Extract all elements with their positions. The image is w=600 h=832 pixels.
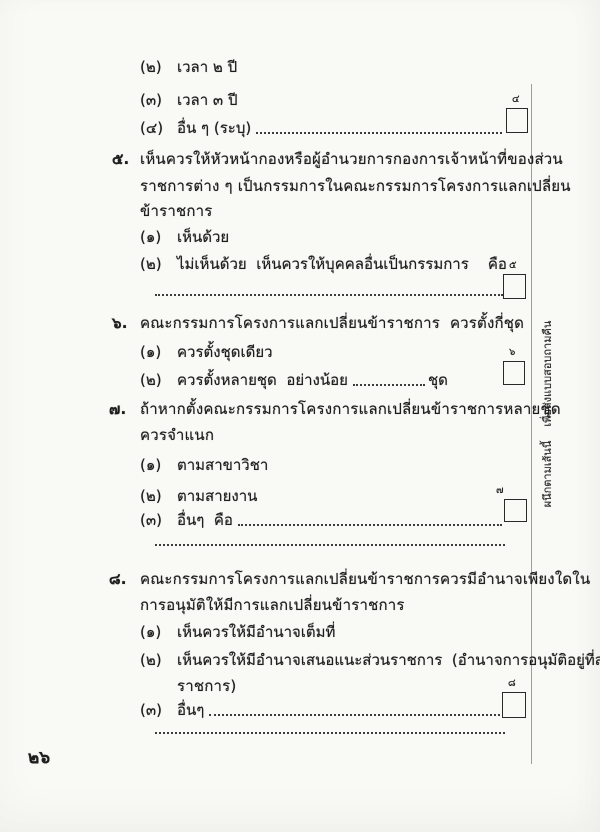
- dotted-fill-line: [209, 714, 500, 716]
- question-text-line: เห็นควรให้หัวหน้ากองหรือผู้อำนวยการกองกา…: [140, 149, 563, 169]
- option-label: ตามสายงาน: [177, 486, 257, 506]
- option-label: อื่น ๆ (ระบุ): [177, 118, 251, 138]
- option-row: (๑) เห็นควรให้มีอำนาจเต็มที่: [140, 622, 335, 642]
- question-text-line: ควรจำแนก: [140, 425, 214, 445]
- option-row: (๓) อื่นๆ คือ: [140, 510, 504, 530]
- scanned-questionnaire-page: ผนึกตามเส้นนี้ เพื่อส่งแบบสอบถามคืน (๒) …: [0, 0, 600, 832]
- option-label: อื่นๆ คือ: [177, 510, 233, 530]
- question-text-line: ราชการต่าง ๆ เป็นกรรมการในคณะกรรมการโครง…: [140, 176, 571, 196]
- question-text-line: คณะกรรมการโครงการแลกเปลี่ยนข้าราชการ ควร…: [140, 313, 524, 333]
- option-number: (๓): [140, 700, 177, 720]
- option-label-continuation: ราชการ): [177, 676, 236, 696]
- option-number: (๓): [140, 510, 177, 530]
- option-number: (๒): [140, 254, 177, 274]
- answer-box: ๔: [506, 108, 528, 133]
- option-label: เห็นควรให้มีอำนาจเสนอแนะส่วนราชการ (อำนา…: [177, 650, 600, 670]
- question-text-line: คณะกรรมการโครงการแลกเปลี่ยนข้าราชการควรม…: [140, 569, 590, 589]
- answer-box: ๘: [502, 692, 526, 718]
- option-label: ควรตั้งชุดเดียว: [177, 342, 273, 362]
- option-row: (๒) ไม่เห็นด้วย เห็นควรให้บุคคลอื่นเป็นก…: [140, 254, 496, 274]
- dotted-continuation-line: [155, 732, 505, 734]
- option-row: (๓) อื่นๆ: [140, 700, 502, 720]
- option-label: ควรตั้งหลายชุด อย่างน้อย: [177, 370, 348, 390]
- option-row: (๑) ตามสาขาวิชา: [140, 455, 268, 475]
- option-label: เห็นด้วย: [177, 227, 229, 247]
- dotted-continuation-line: [155, 294, 503, 296]
- option-row: (๓) เวลา ๓ ปี: [140, 90, 237, 110]
- dotted-fill-line: [256, 132, 502, 134]
- question-text-line: ข้าราชการ: [140, 201, 213, 221]
- question-number: ๖.: [112, 313, 128, 333]
- option-row: (๒) ควรตั้งหลายชุด อย่างน้อย ชุด: [140, 370, 448, 390]
- answer-box-number: ๔: [512, 94, 520, 106]
- option-number: (๔): [140, 118, 177, 138]
- option-number: (๒): [140, 650, 177, 670]
- option-row: (๔) อื่น ๆ (ระบุ): [140, 118, 504, 138]
- question-number: ๕.: [112, 149, 129, 169]
- answer-box: ๖: [503, 361, 525, 385]
- answer-box-number: ๗: [496, 485, 504, 497]
- option-label: เวลา ๓ ปี: [177, 90, 237, 110]
- answer-box: ๗: [504, 499, 527, 522]
- question-number: ๗.: [109, 399, 126, 419]
- option-label: ไม่เห็นด้วย เห็นควรให้บุคคลอื่นเป็นกรรมก…: [177, 254, 507, 274]
- page-number: ๒๖: [28, 744, 50, 771]
- answer-box-number: ๖: [509, 347, 515, 359]
- option-label: เวลา ๒ ปี: [177, 57, 237, 77]
- question-text-line: การอนุมัติให้มีการแลกเปลี่ยนข้าราชการ: [140, 595, 405, 615]
- option-row: (๒) เวลา ๒ ปี: [140, 57, 237, 77]
- option-number: (๑): [140, 622, 177, 642]
- option-row: (๑) ควรตั้งชุดเดียว: [140, 342, 273, 362]
- option-number: (๒): [140, 486, 177, 506]
- option-number: (๑): [140, 227, 177, 247]
- answer-box-number: ๕: [509, 260, 517, 272]
- option-number: (๓): [140, 90, 177, 110]
- option-row: (๒) เห็นควรให้มีอำนาจเสนอแนะส่วนราชการ (…: [140, 650, 600, 670]
- option-row: (๑) เห็นด้วย: [140, 227, 229, 247]
- option-number: (๒): [140, 370, 177, 390]
- option-number: (๒): [140, 57, 177, 77]
- question-text-line: ถ้าหากตั้งคณะกรรมการโครงการแลกเปลี่ยนข้า…: [140, 399, 561, 419]
- answer-box-number: ๘: [508, 678, 516, 690]
- dotted-continuation-line: [155, 544, 505, 546]
- dotted-fill-line: [238, 524, 502, 526]
- answer-box: ๕: [503, 274, 526, 299]
- option-row: (๒) ตามสายงาน: [140, 486, 257, 506]
- dotted-fill-line: [353, 384, 425, 386]
- question-number: ๘.: [109, 569, 127, 589]
- option-label-suffix: ชุด: [428, 370, 448, 390]
- option-label: อื่นๆ: [177, 700, 204, 720]
- option-label: ตามสาขาวิชา: [177, 455, 268, 475]
- option-label: เห็นควรให้มีอำนาจเต็มที่: [177, 622, 335, 642]
- option-number: (๑): [140, 342, 177, 362]
- option-number: (๑): [140, 455, 177, 475]
